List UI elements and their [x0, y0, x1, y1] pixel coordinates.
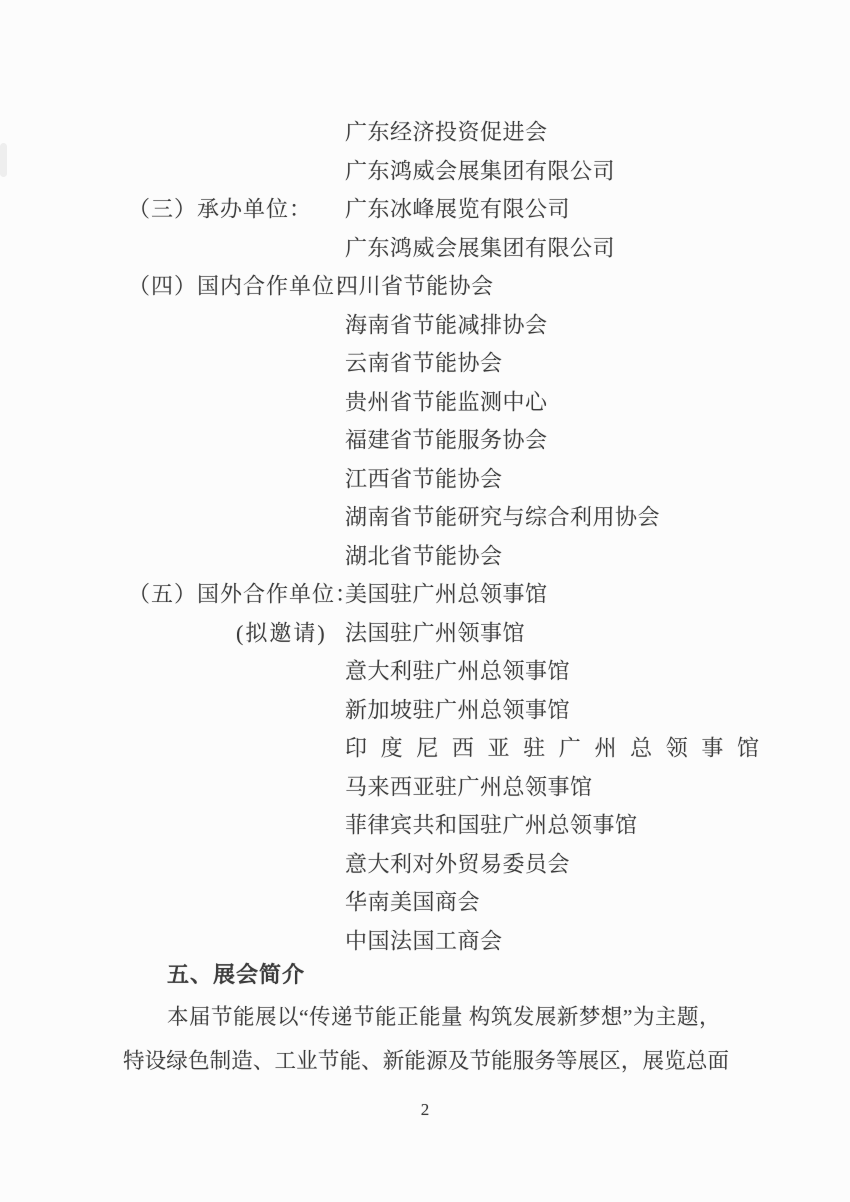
section-heading: 五、展会简介 — [167, 956, 305, 994]
org-name: 广东鸿威会展集团有限公司 — [345, 231, 615, 262]
org-name: 菲律宾共和国驻广州总领事馆 — [345, 809, 638, 840]
list-row: 福建省节能服务协会 — [0, 420, 850, 459]
paragraph-line: 本届节能展以“传递节能正能量 构筑发展新梦想”为主题， — [123, 995, 729, 1039]
row-label: （三）承办单位： — [128, 193, 312, 224]
list-row: 广东鸿威会展集团有限公司 — [0, 151, 850, 190]
org-name: 印度尼西亚驻广州总领事馆 — [345, 732, 759, 763]
org-name: 海南省节能减排协会 — [345, 308, 548, 339]
list-row: 江西省节能协会 — [0, 459, 850, 498]
org-name: 广东鸿威会展集团有限公司 — [345, 154, 615, 185]
list-row: 湖南省节能研究与综合利用协会 — [0, 497, 850, 536]
list-row: 意大利对外贸易委员会 — [0, 844, 850, 883]
org-name: 四川省节能协会 — [336, 270, 494, 301]
org-name: 法国驻广州领事馆 — [345, 616, 525, 647]
list-row: 贵州省节能监测中心 — [0, 382, 850, 421]
org-name: 福建省节能服务协会 — [345, 424, 548, 455]
list-row: （四）国内合作单位： 四川省节能协会 — [0, 266, 850, 305]
org-name: 云南省节能协会 — [345, 347, 503, 378]
list-row: 马来西亚驻广州总领事馆 — [0, 767, 850, 806]
list-row: （五）国外合作单位： 美国驻广州总领事馆 — [0, 574, 850, 613]
org-name: 湖北省节能协会 — [345, 539, 503, 570]
org-name: 华南美国商会 — [345, 886, 480, 917]
page-number: 2 — [0, 1100, 850, 1120]
org-name: 美国驻广州总领事馆 — [345, 578, 548, 609]
org-name: 江西省节能协会 — [345, 462, 503, 493]
org-name: 新加坡驻广州总领事馆 — [345, 693, 570, 724]
org-name: 湖南省节能研究与综合利用协会 — [345, 501, 660, 532]
list-row: （三）承办单位： 广东冰峰展览有限公司 — [0, 189, 850, 228]
list-row: 云南省节能协会 — [0, 343, 850, 382]
org-name: 广东冰峰展览有限公司 — [345, 193, 570, 224]
org-name: 马来西亚驻广州总领事馆 — [345, 770, 593, 801]
list-row: 湖北省节能协会 — [0, 536, 850, 575]
row-label: （五）国外合作单位： — [128, 578, 358, 609]
org-name: 中国法国工商会 — [345, 924, 503, 955]
list-row: 新加坡驻广州总领事馆 — [0, 690, 850, 729]
list-row: (拟邀请) 法国驻广州领事馆 — [0, 613, 850, 652]
list-row: 海南省节能减排协会 — [0, 305, 850, 344]
org-name: 意大利对外贸易委员会 — [345, 847, 570, 878]
document-page: 广东经济投资促进会 广东鸿威会展集团有限公司 （三）承办单位： 广东冰峰展览有限… — [0, 0, 850, 1202]
row-label: (拟邀请) — [236, 616, 327, 647]
list-row: 广东鸿威会展集团有限公司 — [0, 228, 850, 267]
row-label: （四）国内合作单位： — [128, 270, 358, 301]
paragraph-line: 特设绿色制造、工业节能、新能源及节能服务等展区，展览总面 — [123, 1039, 729, 1083]
org-name: 贵州省节能监测中心 — [345, 385, 548, 416]
org-name: 意大利驻广州总领事馆 — [345, 655, 570, 686]
intro-paragraph: 本届节能展以“传递节能正能量 构筑发展新梦想”为主题， 特设绿色制造、工业节能、… — [123, 995, 729, 1083]
list-row: 中国法国工商会 — [0, 921, 850, 960]
org-name: 广东经济投资促进会 — [345, 116, 548, 147]
list-row: 印度尼西亚驻广州总领事馆 — [0, 728, 850, 767]
list-row: 菲律宾共和国驻广州总领事馆 — [0, 805, 850, 844]
list-row: 意大利驻广州总领事馆 — [0, 651, 850, 690]
list-row: 广东经济投资促进会 — [0, 112, 850, 151]
organization-list: 广东经济投资促进会 广东鸿威会展集团有限公司 （三）承办单位： 广东冰峰展览有限… — [0, 112, 850, 959]
list-row: 华南美国商会 — [0, 882, 850, 921]
